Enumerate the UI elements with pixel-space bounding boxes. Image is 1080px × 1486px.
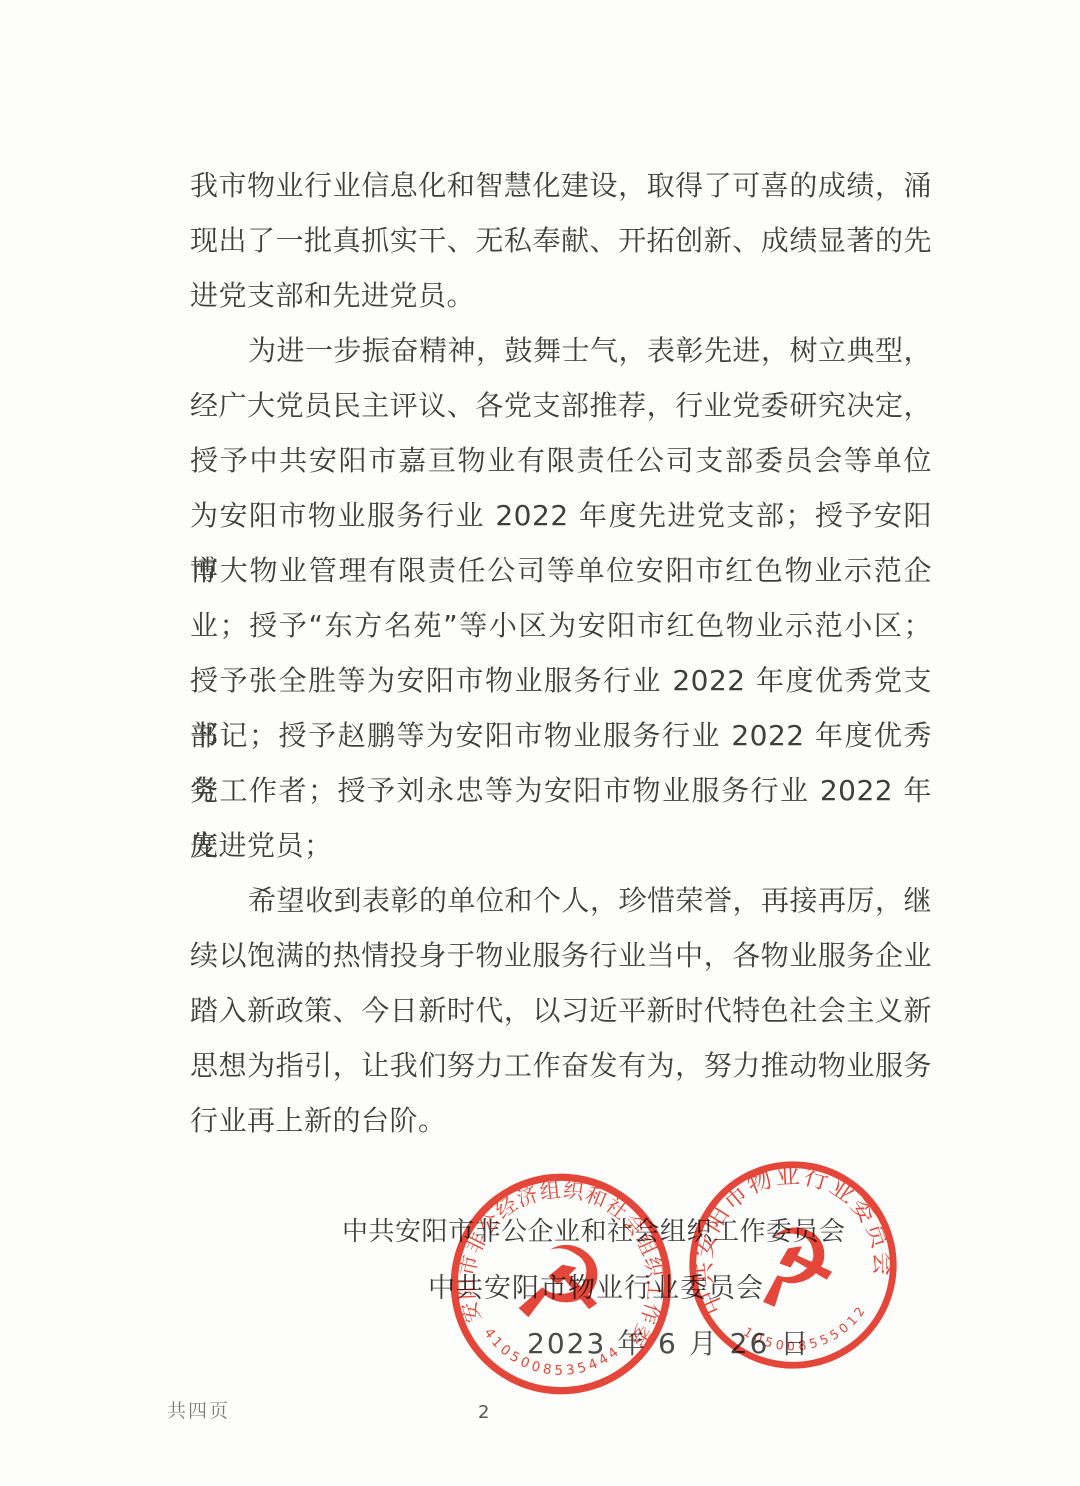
body-line: 思想为指引，让我们努力工作奋发有为，努力推动物业服务 xyxy=(190,1038,932,1093)
body-line: 经广大党员民主评议、各党支部推荐，行业党委研究决定， xyxy=(190,378,932,433)
body-line: 希望收到表彰的单位和个人，珍惜荣誉，再接再厉，继 xyxy=(190,873,932,928)
body-line: 行业再上新的台阶。 xyxy=(190,1093,932,1148)
document-page: 我市物业行业信息化和智慧化建设，取得了可喜的成绩，涌 现出了一批真抓实干、无私奉… xyxy=(0,0,1080,1486)
body-line: 现出了一批真抓实干、无私奉献、开拓创新、成绩显著的先 xyxy=(190,213,932,268)
body-line: 踏入新政策、今日新时代，以习近平新时代特色社会主义新 xyxy=(190,983,932,1038)
body-line: 进党支部和先进党员。 xyxy=(190,268,932,323)
body-line: 授予中共安阳市嘉亘物业有限责任公司支部委员会等单位 xyxy=(190,433,932,488)
page-number: 2 xyxy=(478,1402,489,1423)
body-line: 我市物业行业信息化和智慧化建设，取得了可喜的成绩，涌 xyxy=(190,158,932,213)
body-line: 书记；授予赵鹏等为安阳市物业服务行业 2022 年度优秀党 xyxy=(190,708,932,763)
body-line: 先进党员； xyxy=(190,818,932,873)
body-line: 续以饱满的热情投身于物业服务行业当中，各物业服务企业 xyxy=(190,928,932,983)
hammer-sickle-emblem-icon: ☭ xyxy=(737,1200,850,1334)
official-seal-right: 中共安阳市物业行业委员会 ☭ 105008555012 xyxy=(664,1136,923,1395)
body-line: 博大物业管理有限责任公司等单位安阳市红色物业示范企 xyxy=(190,543,932,598)
body-line: 为安阳市物业服务行业 2022 年度先进党支部；授予安阳市 xyxy=(190,488,932,543)
body-line: 业；授予“东方名苑”等小区为安阳市红色物业示范小区； xyxy=(190,598,932,653)
official-seal-left: 中共安阳市非公经济组织和社会组织工作委员会 ☭ 4105008535444 xyxy=(430,1153,692,1415)
letter-body: 我市物业行业信息化和智慧化建设，取得了可喜的成绩，涌 现出了一批真抓实干、无私奉… xyxy=(190,158,932,1148)
body-line: 为进一步振奋精神，鼓舞士气，表彰先进，树立典型， xyxy=(190,323,932,378)
page-count-note: 共四页 xyxy=(167,1396,230,1423)
hammer-sickle-emblem-icon: ☭ xyxy=(505,1217,616,1352)
body-line: 授予张全胜等为安阳市物业服务行业 2022 年度优秀党支部 xyxy=(190,653,932,708)
body-line: 务工作者；授予刘永忠等为安阳市物业服务行业 2022 年度 xyxy=(190,763,932,818)
